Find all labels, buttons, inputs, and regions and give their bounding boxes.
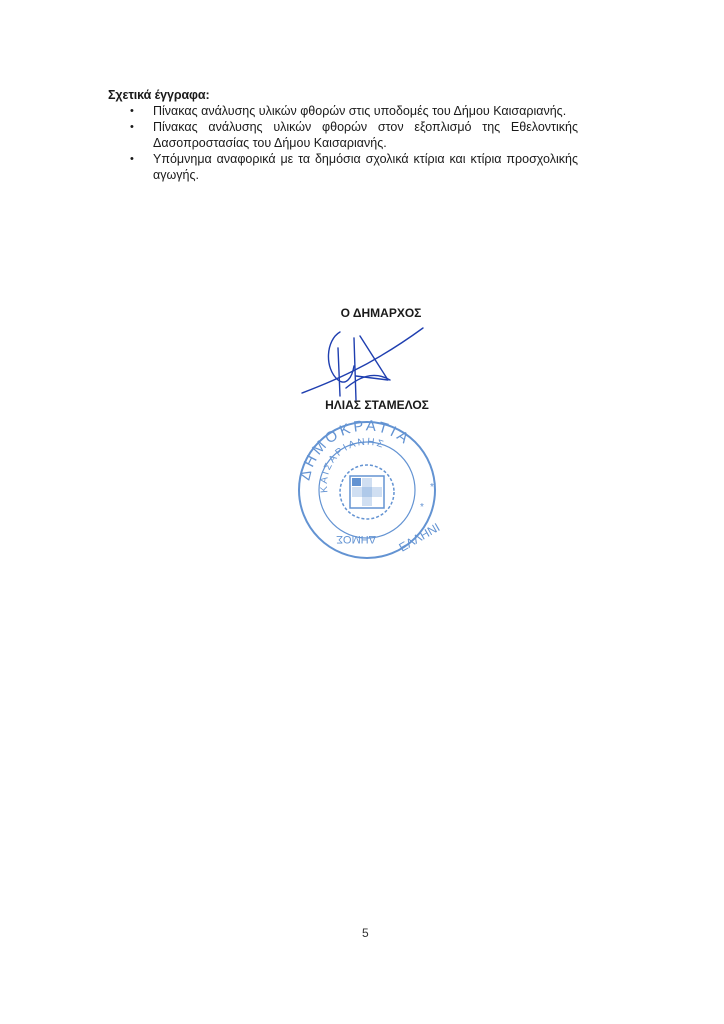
bullet-icon: • xyxy=(130,103,134,119)
svg-text:ΔΗΜΟΣ: ΔΗΜΟΣ xyxy=(336,533,376,545)
svg-text:*: * xyxy=(430,482,434,493)
signatory-name: ΗΛΙΑΣ ΣΤΑΜΕΛΟΣ xyxy=(302,398,452,412)
list-item: • Πίνακας ανάλυσης υλικών φθορών στις υπ… xyxy=(108,103,578,119)
bullet-icon: • xyxy=(130,151,134,167)
list-item: • Υπόμνημα αναφορικά με τα δημόσια σχολι… xyxy=(108,151,578,183)
signature-image xyxy=(298,318,428,408)
related-documents-list: • Πίνακας ανάλυσης υλικών φθορών στις υπ… xyxy=(108,103,578,183)
related-documents-heading: Σχετικά έγγραφα: xyxy=(108,88,210,102)
list-item-text: Πίνακας ανάλυσης υλικών φθορών στον εξοπ… xyxy=(153,120,578,150)
official-stamp-icon: ΔΗΜΟΚΡΑΤΙΑ ΚΑΙΣΑΡΙΑΝΗΣ ΕΛΛΗΝΙ ΔΗΜΟΣ * * xyxy=(292,412,442,562)
bullet-icon: • xyxy=(130,119,134,135)
list-item-text: Πίνακας ανάλυσης υλικών φθορών στις υποδ… xyxy=(153,104,566,118)
list-item: • Πίνακας ανάλυσης υλικών φθορών στον εξ… xyxy=(108,119,578,151)
document-page: Σχετικά έγγραφα: • Πίνακας ανάλυσης υλικ… xyxy=(0,0,724,1024)
svg-text:*: * xyxy=(420,502,424,513)
page-number: 5 xyxy=(362,926,369,940)
svg-text:ΕΛΛΗΝΙ: ΕΛΛΗΝΙ xyxy=(397,520,443,554)
list-item-text: Υπόμνημα αναφορικά με τα δημόσια σχολικά… xyxy=(153,152,578,182)
